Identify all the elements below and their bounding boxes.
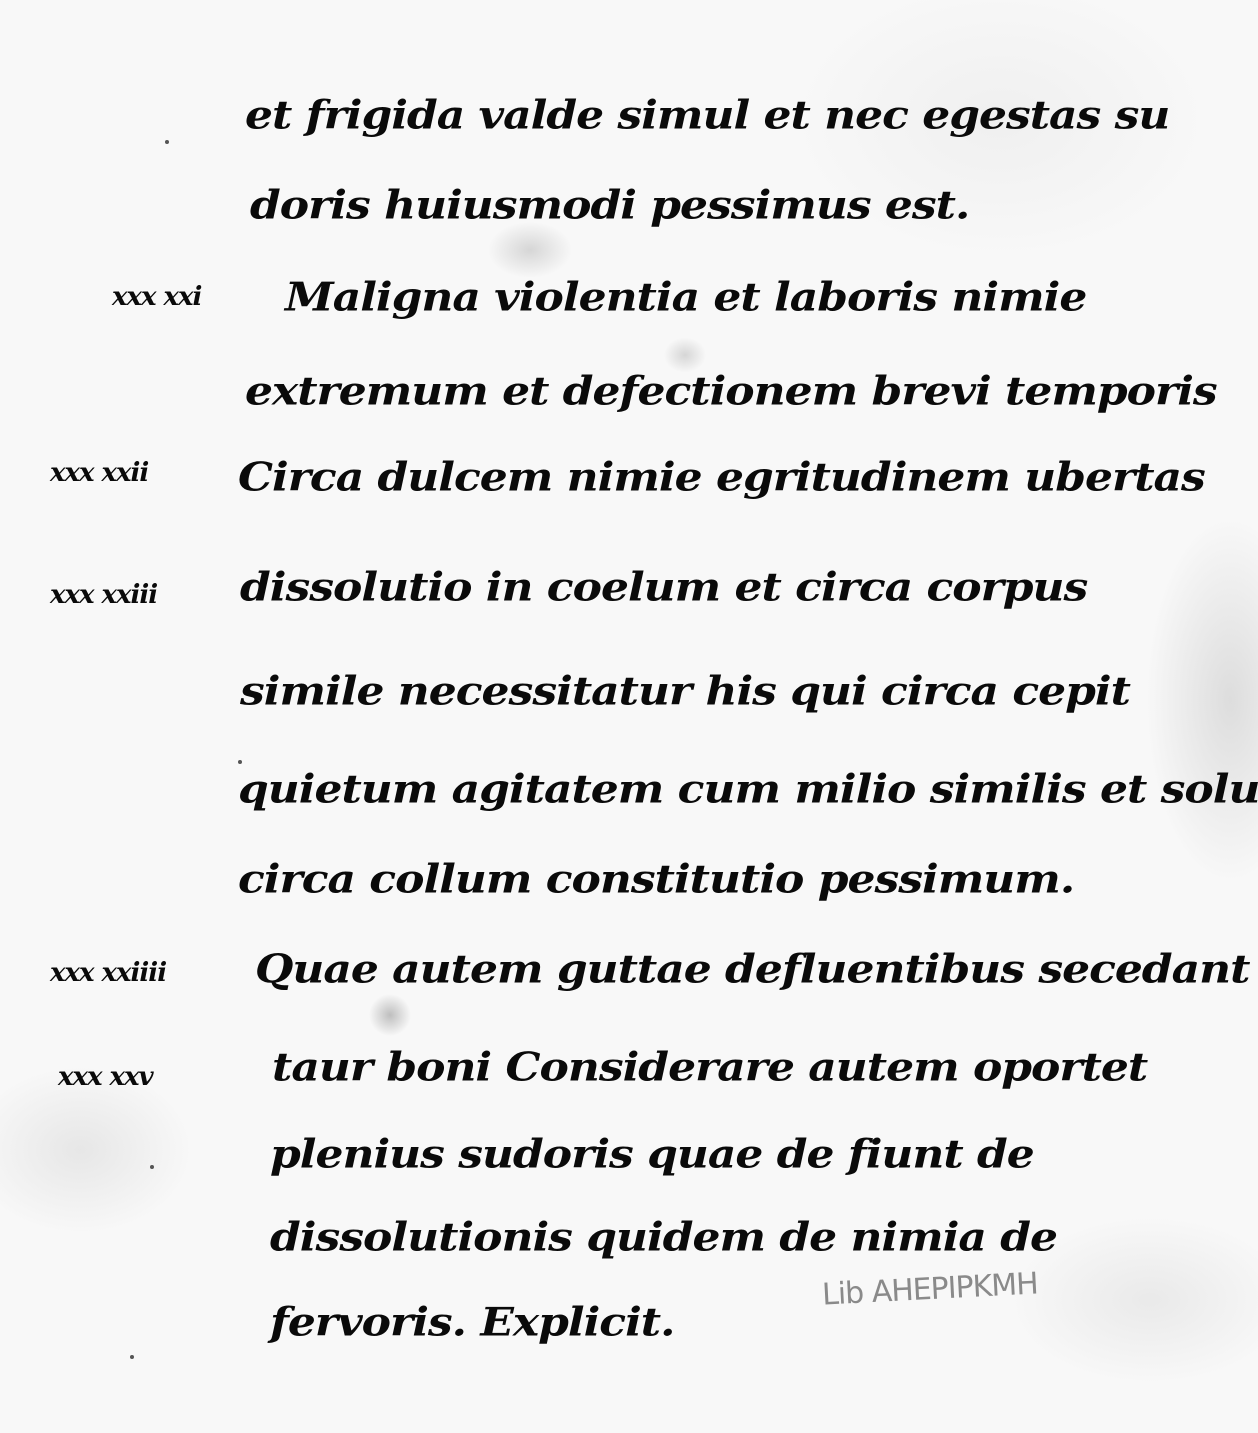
text-line-4: extremum et defectionem brevi temporis	[245, 372, 1217, 412]
text-line-9: circa collum constitutio pessimum.	[238, 860, 1074, 900]
ink-speck	[150, 1165, 154, 1169]
text-line-14: fervoris. Explicit.	[270, 1303, 674, 1343]
later-gloss: Lib AHEPIPKMH	[821, 1266, 1038, 1312]
text-line-6: dissolutio in coelum et circa corpus	[240, 568, 1087, 608]
text-line-5: Circa dulcem nimie egritudinem ubertas	[238, 458, 1205, 498]
ink-speck	[165, 140, 169, 144]
text-line-2: doris huiusmodi pessimus est.	[250, 186, 969, 226]
marginal-number-2: xxx xxii	[50, 458, 148, 488]
text-line-13: dissolutionis quidem de nimia de	[270, 1218, 1057, 1258]
text-line-7: simile necessitatur his qui circa cepit	[240, 672, 1130, 712]
marginal-number-4: xxx xxiiii	[50, 958, 166, 988]
text-line-8: quietum agitatem cum milio similis et so…	[238, 770, 1258, 810]
ink-speck	[238, 760, 242, 764]
text-line-3: Maligna violentia et laboris nimie	[285, 278, 1086, 318]
manuscript-page: et frigida valde simul et nec egestas su…	[0, 0, 1258, 1433]
text-line-11: taur boni Considerare autem oportet	[272, 1048, 1147, 1088]
ink-speck	[130, 1355, 134, 1359]
text-line-10: Quae autem guttae defluentibus secedant	[255, 950, 1249, 990]
text-line-1: et frigida valde simul et nec egestas su	[245, 96, 1169, 136]
marginal-number-3: xxx xxiii	[50, 580, 157, 610]
marginal-number-5: xxx xxv	[58, 1062, 153, 1092]
text-line-12: plenius sudoris quae de fiunt de	[270, 1135, 1034, 1175]
marginal-number-1: xxx xxi	[112, 282, 201, 312]
